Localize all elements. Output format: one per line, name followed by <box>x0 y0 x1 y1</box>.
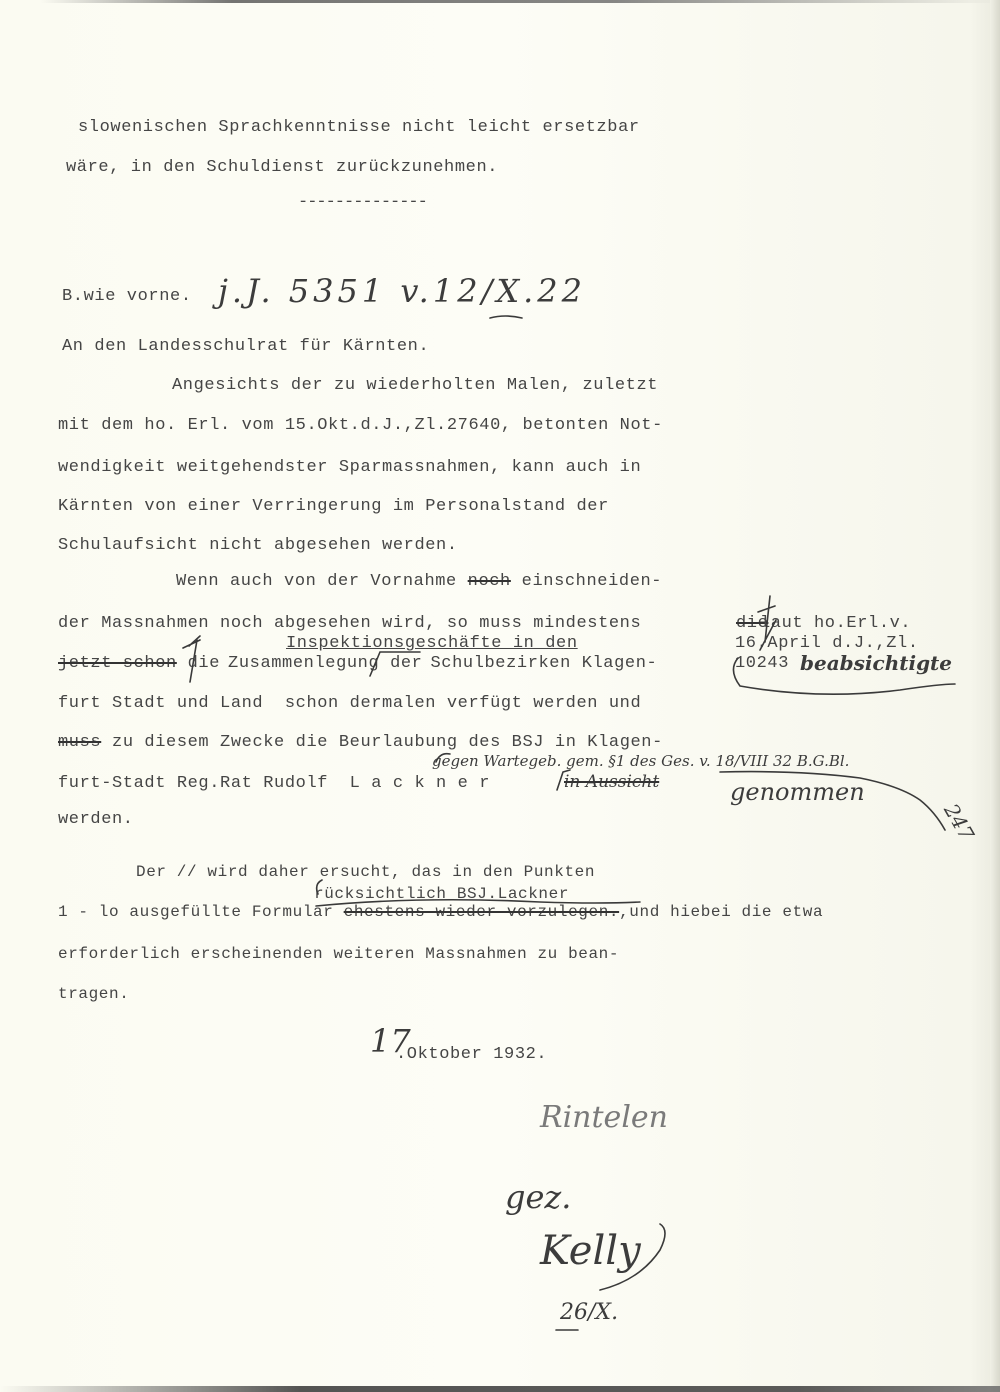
para1-line-3: wendigkeit weitgehendster Sparmassnahmen… <box>58 458 641 478</box>
para2-line-4: furt Stadt und Land schon dermalen verfü… <box>58 694 641 714</box>
handwritten-insert-gegen: gegen Wartegeb. gem. §1 des Ges. v. 18/V… <box>432 752 849 770</box>
para2-line-1: Wenn auch von der Vornahme noch einschne… <box>176 572 662 592</box>
para2-line-6: furt-Stadt Reg.Rat Rudolf L a c k n e r <box>58 774 490 794</box>
para1-line-5: Schulaufsicht nicht abgesehen werden. <box>58 536 458 556</box>
page-top-edge <box>40 0 1000 3</box>
para2-line-2: der Massnahmen noch abgesehen wird, so m… <box>58 614 641 634</box>
reference-handwritten: j.J. 5351 v.12/X.22 <box>218 272 586 310</box>
para3-line-3: erforderlich erscheinenden weiteren Mass… <box>58 944 619 964</box>
para1-line-2: mit dem ho. Erl. vom 15.Okt.d.J.,Zl.2764… <box>58 416 663 436</box>
document-page: slowenischen Sprachkenntnisse nicht leic… <box>0 0 1000 1392</box>
page-bottom-edge <box>0 1386 1000 1392</box>
continuation-line-1: slowenischen Sprachkenntnisse nicht leic… <box>78 118 640 138</box>
para3-line-1: Der // wird daher ersucht, das in den Pu… <box>136 862 595 882</box>
signature-1: Rintelen <box>540 1100 668 1135</box>
para3-line-2: 1 - lo ausgefüllte Formular ehestens wie… <box>58 902 823 922</box>
page-right-edge <box>990 0 1000 1392</box>
reference-typed: B.wie vorne. <box>62 287 192 307</box>
para2-insert-above: Inspektionsgeschäfte in den <box>286 634 578 654</box>
addressee: An den Landesschulrat für Kärnten. <box>62 337 429 357</box>
signature-2: Kelly <box>540 1228 641 1274</box>
handwritten-number: 247 <box>939 799 979 844</box>
continuation-line-2: wäre, in den Schuldienst zurückzunehmen. <box>66 158 498 178</box>
margin-note-line-3: 10243 <box>735 654 789 674</box>
margin-note-handwritten: beabsichtigte <box>800 651 952 675</box>
signature-gez: gez. <box>505 1178 571 1216</box>
para2-line-3: jetzt schon dieZusammenlegung derSchulbe… <box>58 654 657 674</box>
date-typed: .Oktober 1932. <box>396 1045 547 1065</box>
para1-line-1: Angesichts der zu wiederholten Malen, zu… <box>172 376 658 396</box>
handwritten-struck: in Aussicht <box>564 772 659 792</box>
handwritten-genommen: genommen <box>730 778 865 806</box>
para2-line-5: muss zu diesem Zwecke die Beurlaubung de… <box>58 733 663 753</box>
para1-line-4: Kärnten von einer Verringerung im Person… <box>58 497 609 517</box>
signature-date: 26/X. <box>560 1300 618 1325</box>
margin-note-line-1: laut ho.Erl.v. <box>760 614 911 634</box>
para2-line-7: werden. <box>58 810 134 830</box>
para3-insert-above: rücksichtlich BSJ.Lackner <box>314 884 569 904</box>
para3-line-4: tragen. <box>58 984 129 1004</box>
separator-line: -------------- <box>298 193 427 213</box>
struck-word: noch <box>468 572 511 591</box>
